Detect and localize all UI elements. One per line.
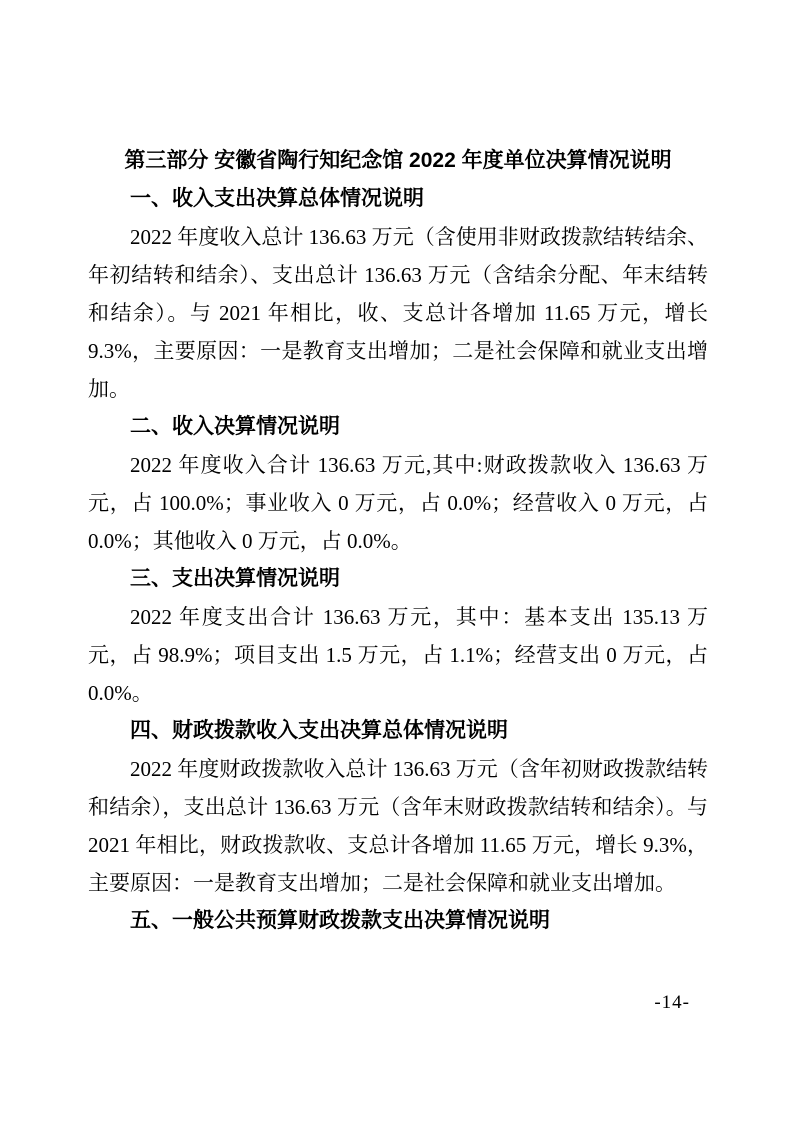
section-1-heading: 一、收入支出决算总体情况说明 [88, 180, 708, 218]
section-expenditure-accounts: 三、支出决算情况说明 2022 年度支出合计 136.63 万元，其中：基本支出… [88, 560, 708, 712]
section-2-heading: 二、收入决算情况说明 [88, 408, 708, 446]
page-number: -14- [654, 992, 690, 1014]
section-income-accounts: 二、收入决算情况说明 2022 年度收入合计 136.63 万元,其中:财政拨款… [88, 408, 708, 560]
document-page: 第三部分 安徽省陶行知纪念馆 2022 年度单位决算情况说明 一、收入支出决算总… [0, 0, 794, 1122]
section-4-heading: 四、财政拨款收入支出决算总体情况说明 [88, 712, 708, 750]
section-4-paragraph: 2022 年度财政拨款收入总计 136.63 万元（含年初财政拨款结转和结余），… [88, 750, 708, 902]
section-2-paragraph: 2022 年度收入合计 136.63 万元,其中:财政拨款收入 136.63 万… [88, 446, 708, 560]
document-title: 第三部分 安徽省陶行知纪念馆 2022 年度单位决算情况说明 [88, 142, 708, 180]
section-1-paragraph: 2022 年度收入总计 136.63 万元（含使用非财政拨款结转结余、年初结转和… [88, 218, 708, 408]
section-general-public-budget: 五、一般公共预算财政拨款支出决算情况说明 [88, 902, 708, 940]
section-3-heading: 三、支出决算情况说明 [88, 560, 708, 598]
section-5-heading: 五、一般公共预算财政拨款支出决算情况说明 [88, 902, 708, 940]
section-income-expenditure-overview: 一、收入支出决算总体情况说明 2022 年度收入总计 136.63 万元（含使用… [88, 180, 708, 408]
section-fiscal-appropriation-overview: 四、财政拨款收入支出决算总体情况说明 2022 年度财政拨款收入总计 136.6… [88, 712, 708, 902]
section-3-paragraph: 2022 年度支出合计 136.63 万元，其中：基本支出 135.13 万元，… [88, 598, 708, 712]
